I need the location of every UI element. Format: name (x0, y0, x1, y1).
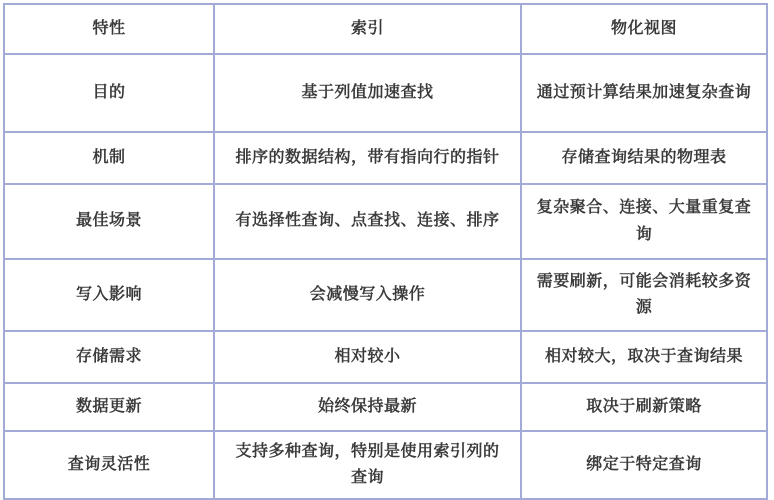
table-row: 查询灵活性 支持多种查询，特别是使用索引列的查询 绑定于特定查询 (5, 432, 768, 500)
feature-label: 机制 (5, 133, 215, 185)
index-cell: 会减慢写入操作 (215, 260, 522, 332)
materialized-view-cell: 通过预计算结果加速复杂查询 (522, 55, 768, 133)
table-row: 目的 基于列值加速查找 通过预计算结果加速复杂查询 (5, 55, 768, 133)
index-cell: 基于列值加速查找 (215, 55, 522, 133)
table-row: 最佳场景 有选择性查询、点查找、连接、排序 复杂聚合、连接、大量重复查询 (5, 185, 768, 260)
table-row: 存储需求 相对较小 相对较大，取决于查询结果 (5, 332, 768, 384)
comparison-table: 特性 索引 物化视图 目的 基于列值加速查找 通过预计算结果加速复杂查询 机制 … (3, 3, 768, 500)
table-header-row: 特性 索引 物化视图 (5, 5, 768, 55)
feature-label: 查询灵活性 (5, 432, 215, 500)
index-cell: 支持多种查询，特别是使用索引列的查询 (215, 432, 522, 500)
index-cell: 有选择性查询、点查找、连接、排序 (215, 185, 522, 260)
index-cell: 排序的数据结构，带有指向行的指针 (215, 133, 522, 185)
header-cell-index: 索引 (215, 5, 522, 55)
materialized-view-cell: 取决于刷新策略 (522, 384, 768, 432)
index-cell: 相对较小 (215, 332, 522, 384)
page: 特性 索引 物化视图 目的 基于列值加速查找 通过预计算结果加速复杂查询 机制 … (0, 0, 774, 500)
header-cell-feature: 特性 (5, 5, 215, 55)
feature-label: 写入影响 (5, 260, 215, 332)
materialized-view-cell: 复杂聚合、连接、大量重复查询 (522, 185, 768, 260)
table-row: 数据更新 始终保持最新 取决于刷新策略 (5, 384, 768, 432)
table-row: 机制 排序的数据结构，带有指向行的指针 存储查询结果的物理表 (5, 133, 768, 185)
materialized-view-cell: 相对较大，取决于查询结果 (522, 332, 768, 384)
table-row: 写入影响 会减慢写入操作 需要刷新，可能会消耗较多资源 (5, 260, 768, 332)
feature-label: 存储需求 (5, 332, 215, 384)
feature-label: 目的 (5, 55, 215, 133)
index-cell: 始终保持最新 (215, 384, 522, 432)
materialized-view-cell: 需要刷新，可能会消耗较多资源 (522, 260, 768, 332)
feature-label: 最佳场景 (5, 185, 215, 260)
materialized-view-cell: 存储查询结果的物理表 (522, 133, 768, 185)
materialized-view-cell: 绑定于特定查询 (522, 432, 768, 500)
feature-label: 数据更新 (5, 384, 215, 432)
header-cell-materialized-view: 物化视图 (522, 5, 768, 55)
